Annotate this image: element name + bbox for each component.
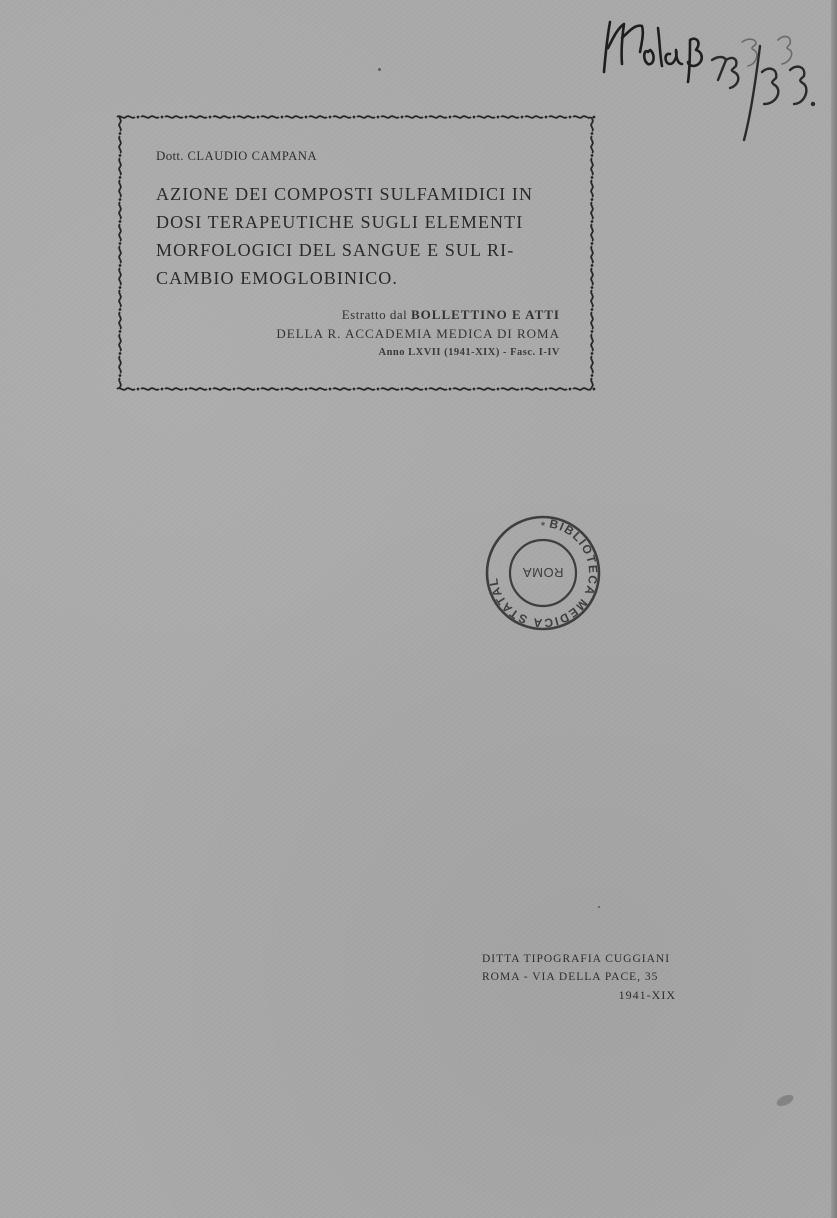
- title-line-4: CAMBIO EMOGLOBINICO.: [156, 264, 576, 292]
- author-prefix: Dott.: [156, 148, 184, 163]
- journal-name-part1: BOLLETTINO E ATTI: [411, 307, 560, 322]
- handwritten-shelfmark: Misc. 73/33: [592, 8, 822, 148]
- author-line: Dott. CLAUDIO CAMPANA: [156, 148, 317, 164]
- library-stamp: BIBLIOTECA MEDICA STATALE * ROMA: [482, 512, 604, 634]
- source-line-1: Estratto dal BOLLETTINO E ATTI: [276, 306, 560, 324]
- journal-name-part2: DELLA R. ACCADEMIA MEDICA DI ROMA: [276, 324, 560, 344]
- print-year: 1941-XIX: [482, 986, 682, 1004]
- paper-speck: [598, 906, 600, 908]
- source-citation: Estratto dal BOLLETTINO E ATTI DELLA R. …: [276, 306, 560, 362]
- printer-name: DITTA TIPOGRAFIA CUGGIANI: [482, 950, 682, 968]
- title-line-1: AZIONE DEI COMPOSTI SULFAMIDICI IN: [156, 180, 576, 208]
- journal-issue: Anno LXVII (1941-XIX) - Fasc. I-IV: [276, 344, 560, 362]
- svg-text:*: *: [541, 519, 546, 533]
- paper-smudge: [775, 1093, 795, 1109]
- svg-text:ROMA: ROMA: [523, 565, 564, 580]
- author-name: CLAUDIO CAMPANA: [187, 149, 317, 163]
- shelfmark-handwriting-icon: [592, 8, 822, 148]
- paper-speck: [378, 68, 381, 71]
- title-frame: Dott. CLAUDIO CAMPANA AZIONE DEI COMPOST…: [116, 113, 596, 393]
- source-intro: Estratto dal: [342, 307, 408, 322]
- title-line-2: DOSI TERAPEUTICHE SUGLI ELEMENTI: [156, 208, 576, 236]
- printer-address: ROMA - VIA DELLA PACE, 35: [482, 968, 682, 986]
- title-line-3: MORFOLOGICI DEL SANGUE E SUL RI-: [156, 236, 576, 264]
- stamp-seal-icon: BIBLIOTECA MEDICA STATALE * ROMA: [482, 512, 604, 634]
- printer-imprint: DITTA TIPOGRAFIA CUGGIANI ROMA - VIA DEL…: [482, 950, 682, 1004]
- page-edge-shadow: [831, 0, 837, 1218]
- document-title: AZIONE DEI COMPOSTI SULFAMIDICI IN DOSI …: [156, 180, 576, 292]
